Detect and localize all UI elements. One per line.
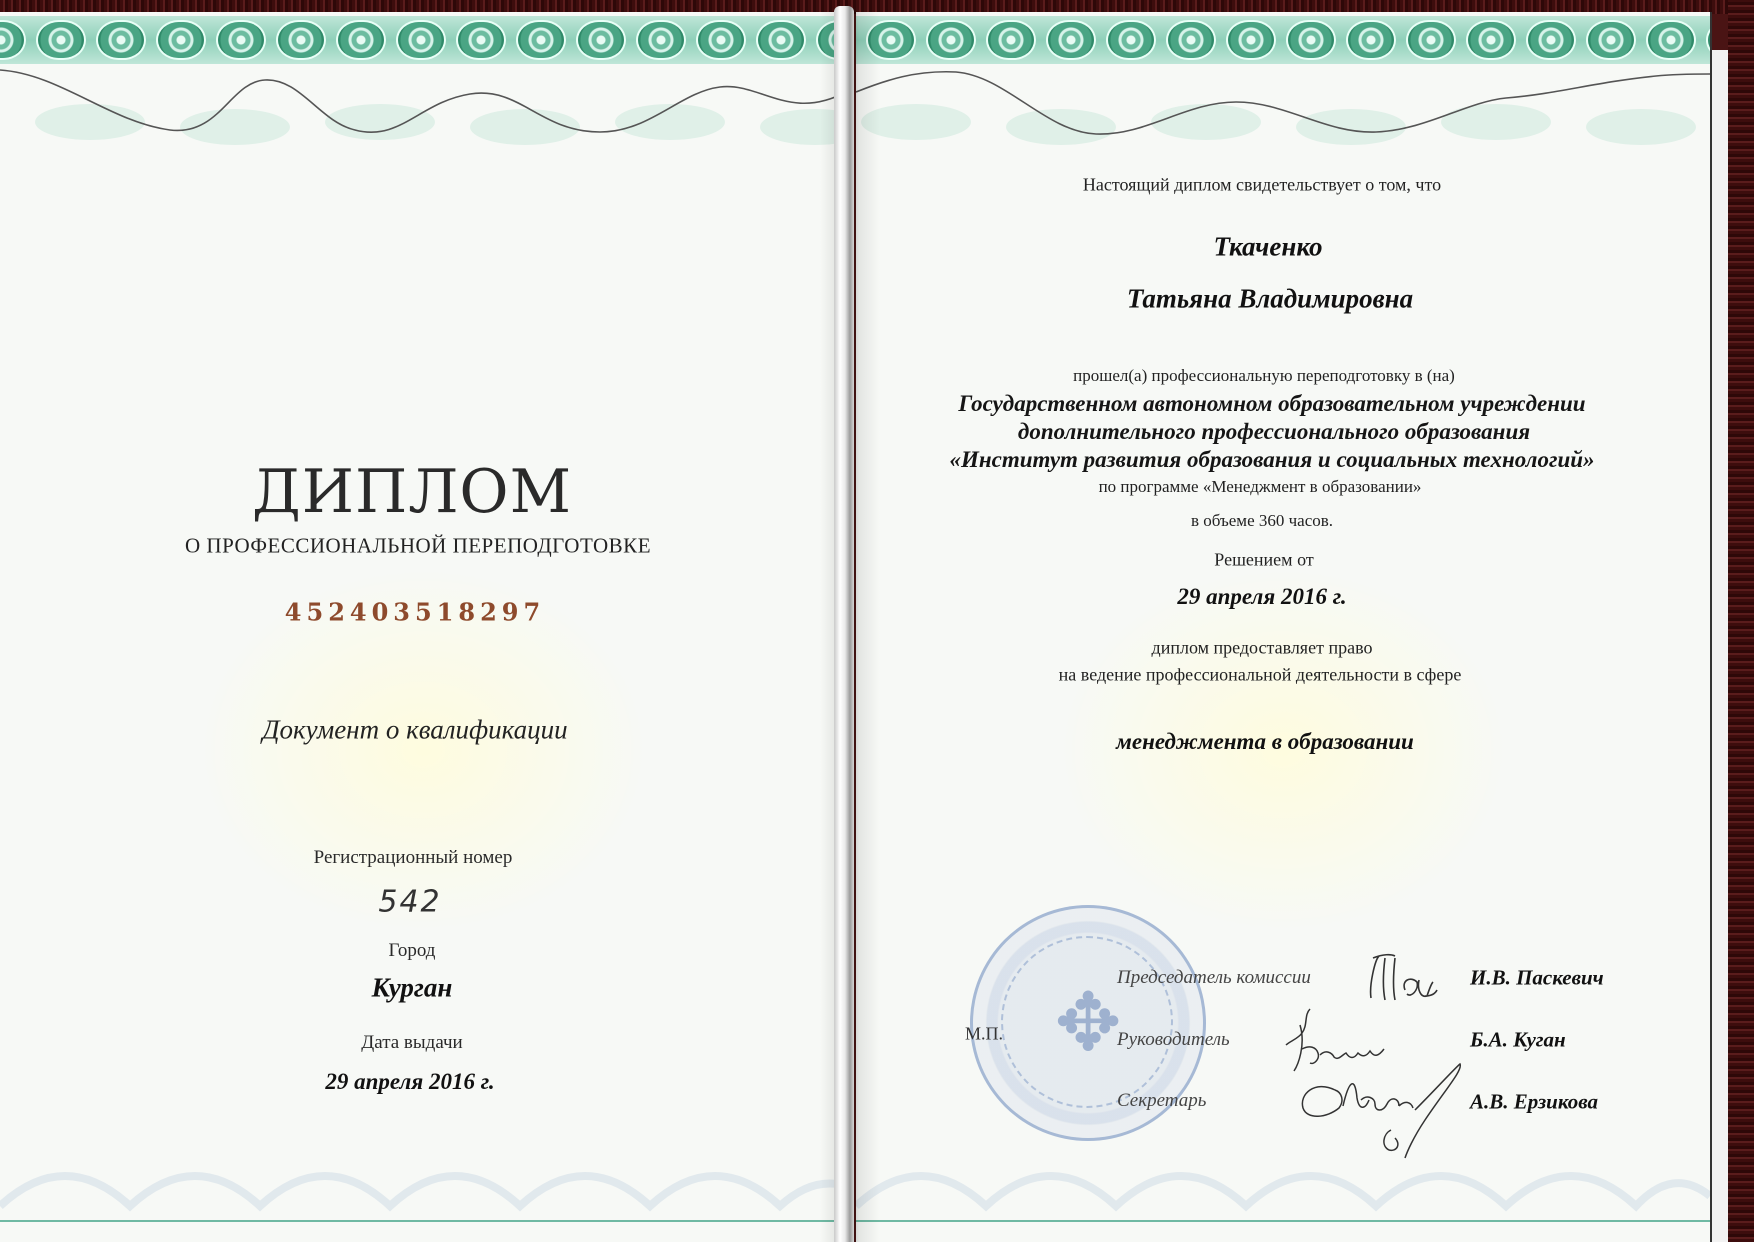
diploma-subtitle: о профессиональной переподготовке <box>185 534 651 559</box>
ornament-medallion-icon <box>1528 22 1574 58</box>
ornament-medallion-icon <box>1348 22 1394 58</box>
holder-surname: Ткаченко <box>1214 232 1323 263</box>
signer-chairman: И.В. Паскевич <box>1470 966 1604 991</box>
role-chairman: Председатель комиссии <box>1117 967 1311 989</box>
rights-text-line-1: диплом предоставляет право <box>1152 638 1373 659</box>
document-type: Документ о квалификации <box>262 715 567 746</box>
ornament-medallion-icon <box>928 22 974 58</box>
wave-line <box>0 62 846 152</box>
serial-number: 452403518297 <box>285 598 545 627</box>
ornament-medallion-icon <box>988 22 1034 58</box>
role-secretary: Секретарь <box>1117 1090 1206 1112</box>
ornament-medallion-icon <box>278 22 324 58</box>
holder-given-names: Татьяна Владимировна <box>1127 284 1413 315</box>
page-edge <box>1712 50 1728 1242</box>
signer-secretary: А.В. Ерзикова <box>1470 1090 1598 1115</box>
specialization: менеджмента в образовании <box>1116 729 1414 755</box>
ornament-medallion-icon <box>158 22 204 58</box>
left-page <box>0 12 846 1242</box>
diploma-title: ДИПЛОМ <box>252 457 572 527</box>
ornament-medallion-icon <box>1228 22 1274 58</box>
bottom-rule <box>0 1220 846 1222</box>
institution-line-1: Государственном автономном образовательн… <box>958 391 1585 417</box>
ornament-medallion-icon <box>1648 22 1694 58</box>
registration-number: 542 <box>378 885 441 920</box>
ornament-medallion-icon <box>38 22 84 58</box>
cover-right-edge <box>1728 0 1754 1242</box>
ornament-medallion-icon <box>1408 22 1454 58</box>
city-value: Курган <box>372 973 453 1004</box>
ornament-band <box>0 16 846 64</box>
ornament-medallion-icon <box>458 22 504 58</box>
wave-line <box>856 62 1710 152</box>
registration-label: Регистрационный номер <box>314 847 513 869</box>
ornament-medallion-icon <box>1468 22 1514 58</box>
intro-text: Настоящий диплом свидетельствует о том, … <box>1083 175 1441 196</box>
program-text: по программе «Менеджмент в образовании» <box>1099 477 1422 497</box>
institution-line-2: дополнительного профессионального образо… <box>1018 419 1530 445</box>
ornament-medallion-icon <box>1108 22 1154 58</box>
ornament-medallion-icon <box>1168 22 1214 58</box>
completed-text: прошел(а) профессиональную переподготовк… <box>1073 366 1455 386</box>
city-label: Город <box>389 940 436 962</box>
volume-text: в объеме 360 часов. <box>1191 511 1333 531</box>
decision-date: 29 апреля 2016 г. <box>1177 584 1346 610</box>
signer-head: Б.А. Куган <box>1470 1028 1566 1053</box>
ornament-medallion-icon <box>1048 22 1094 58</box>
ornament-medallion-icon <box>518 22 564 58</box>
ornament-medallion-icon <box>638 22 684 58</box>
role-head: Руководитель <box>1117 1029 1230 1051</box>
signature-chairman <box>1365 950 1445 1005</box>
stamp-place-label: М.П. <box>965 1024 1003 1045</box>
ornament-medallion-icon <box>398 22 444 58</box>
decision-label: Решением от <box>1214 550 1313 571</box>
ornament-medallion-icon <box>338 22 384 58</box>
ornament-medallion-icon <box>98 22 144 58</box>
bottom-scallop <box>856 1146 1710 1216</box>
rights-text-line-2: на ведение профессиональной деятельности… <box>1059 665 1462 686</box>
institution-line-3: «Институт развития образования и социаль… <box>949 447 1594 473</box>
ornament-medallion-icon <box>0 22 24 58</box>
bookmark-ribbon <box>834 6 854 1242</box>
ornament-medallion-icon <box>1288 22 1334 58</box>
signature-secretary <box>1295 1060 1465 1160</box>
issue-date-value: 29 апреля 2016 г. <box>325 1069 494 1095</box>
ornament-medallion-icon <box>1588 22 1634 58</box>
ornament-medallion-icon <box>218 22 264 58</box>
ornament-band <box>856 16 1710 64</box>
ornament-medallion-icon <box>1708 22 1710 58</box>
issue-date-label: Дата выдачи <box>361 1032 462 1054</box>
ornament-medallion-icon <box>578 22 624 58</box>
ornament-medallion-icon <box>698 22 744 58</box>
ornament-medallion-icon <box>758 22 804 58</box>
bottom-scallop <box>0 1146 846 1216</box>
bottom-rule <box>856 1220 1710 1222</box>
